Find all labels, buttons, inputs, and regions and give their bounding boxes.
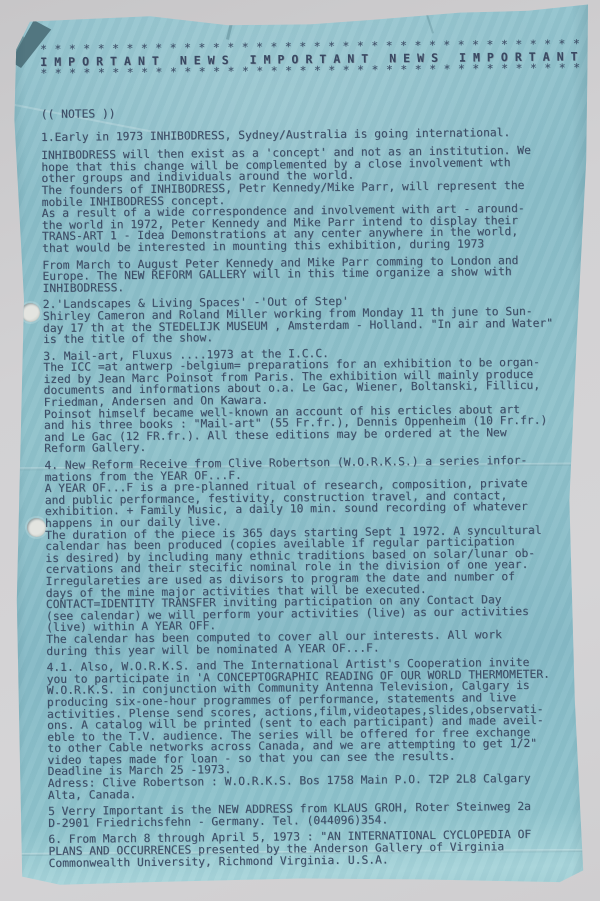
crease-mark [424,8,434,33]
item-2: 2.'Landscapes & Living Spaces' -'Out of … [43,294,591,346]
punch-hole [27,518,46,537]
notes-label: (( NOTES )) [41,103,589,120]
crease-mark [226,6,237,40]
item-6: 6. From March 8 through April 5, 1973 : … [48,829,596,870]
item-1-travel-note: From March to August Peter Kennedy and M… [42,254,590,295]
item-5: 5 Verry Important is the NEW ADDRESS fro… [48,800,596,829]
typewritten-content: * * * * * * * * * * * * * * * * * * * * … [40,38,597,874]
item-4: 4. New Reform Receive from Clive Roberts… [44,454,594,657]
left-edge-shading [0,0,26,901]
paragraphs: (( NOTES ))1.Early in 1973 INHIBODRESS, … [41,103,597,869]
item-4-1: 4.1. Also, W.O.R.K.S. and The Internatio… [46,656,595,801]
item-1-body: INHIBODRESS will then exist as a 'concep… [41,144,590,254]
masthead: * * * * * * * * * * * * * * * * * * * * … [40,38,588,80]
punch-hole [21,303,40,322]
item-1-heading: 1.Early in 1973 INHIBODRESS, Sydney/Aust… [41,126,589,143]
item-3: 3. Mail-art, Fluxus ....1973 at the I.C.… [43,345,592,455]
scanned-blue-paper: * * * * * * * * * * * * * * * * * * * * … [0,0,600,901]
